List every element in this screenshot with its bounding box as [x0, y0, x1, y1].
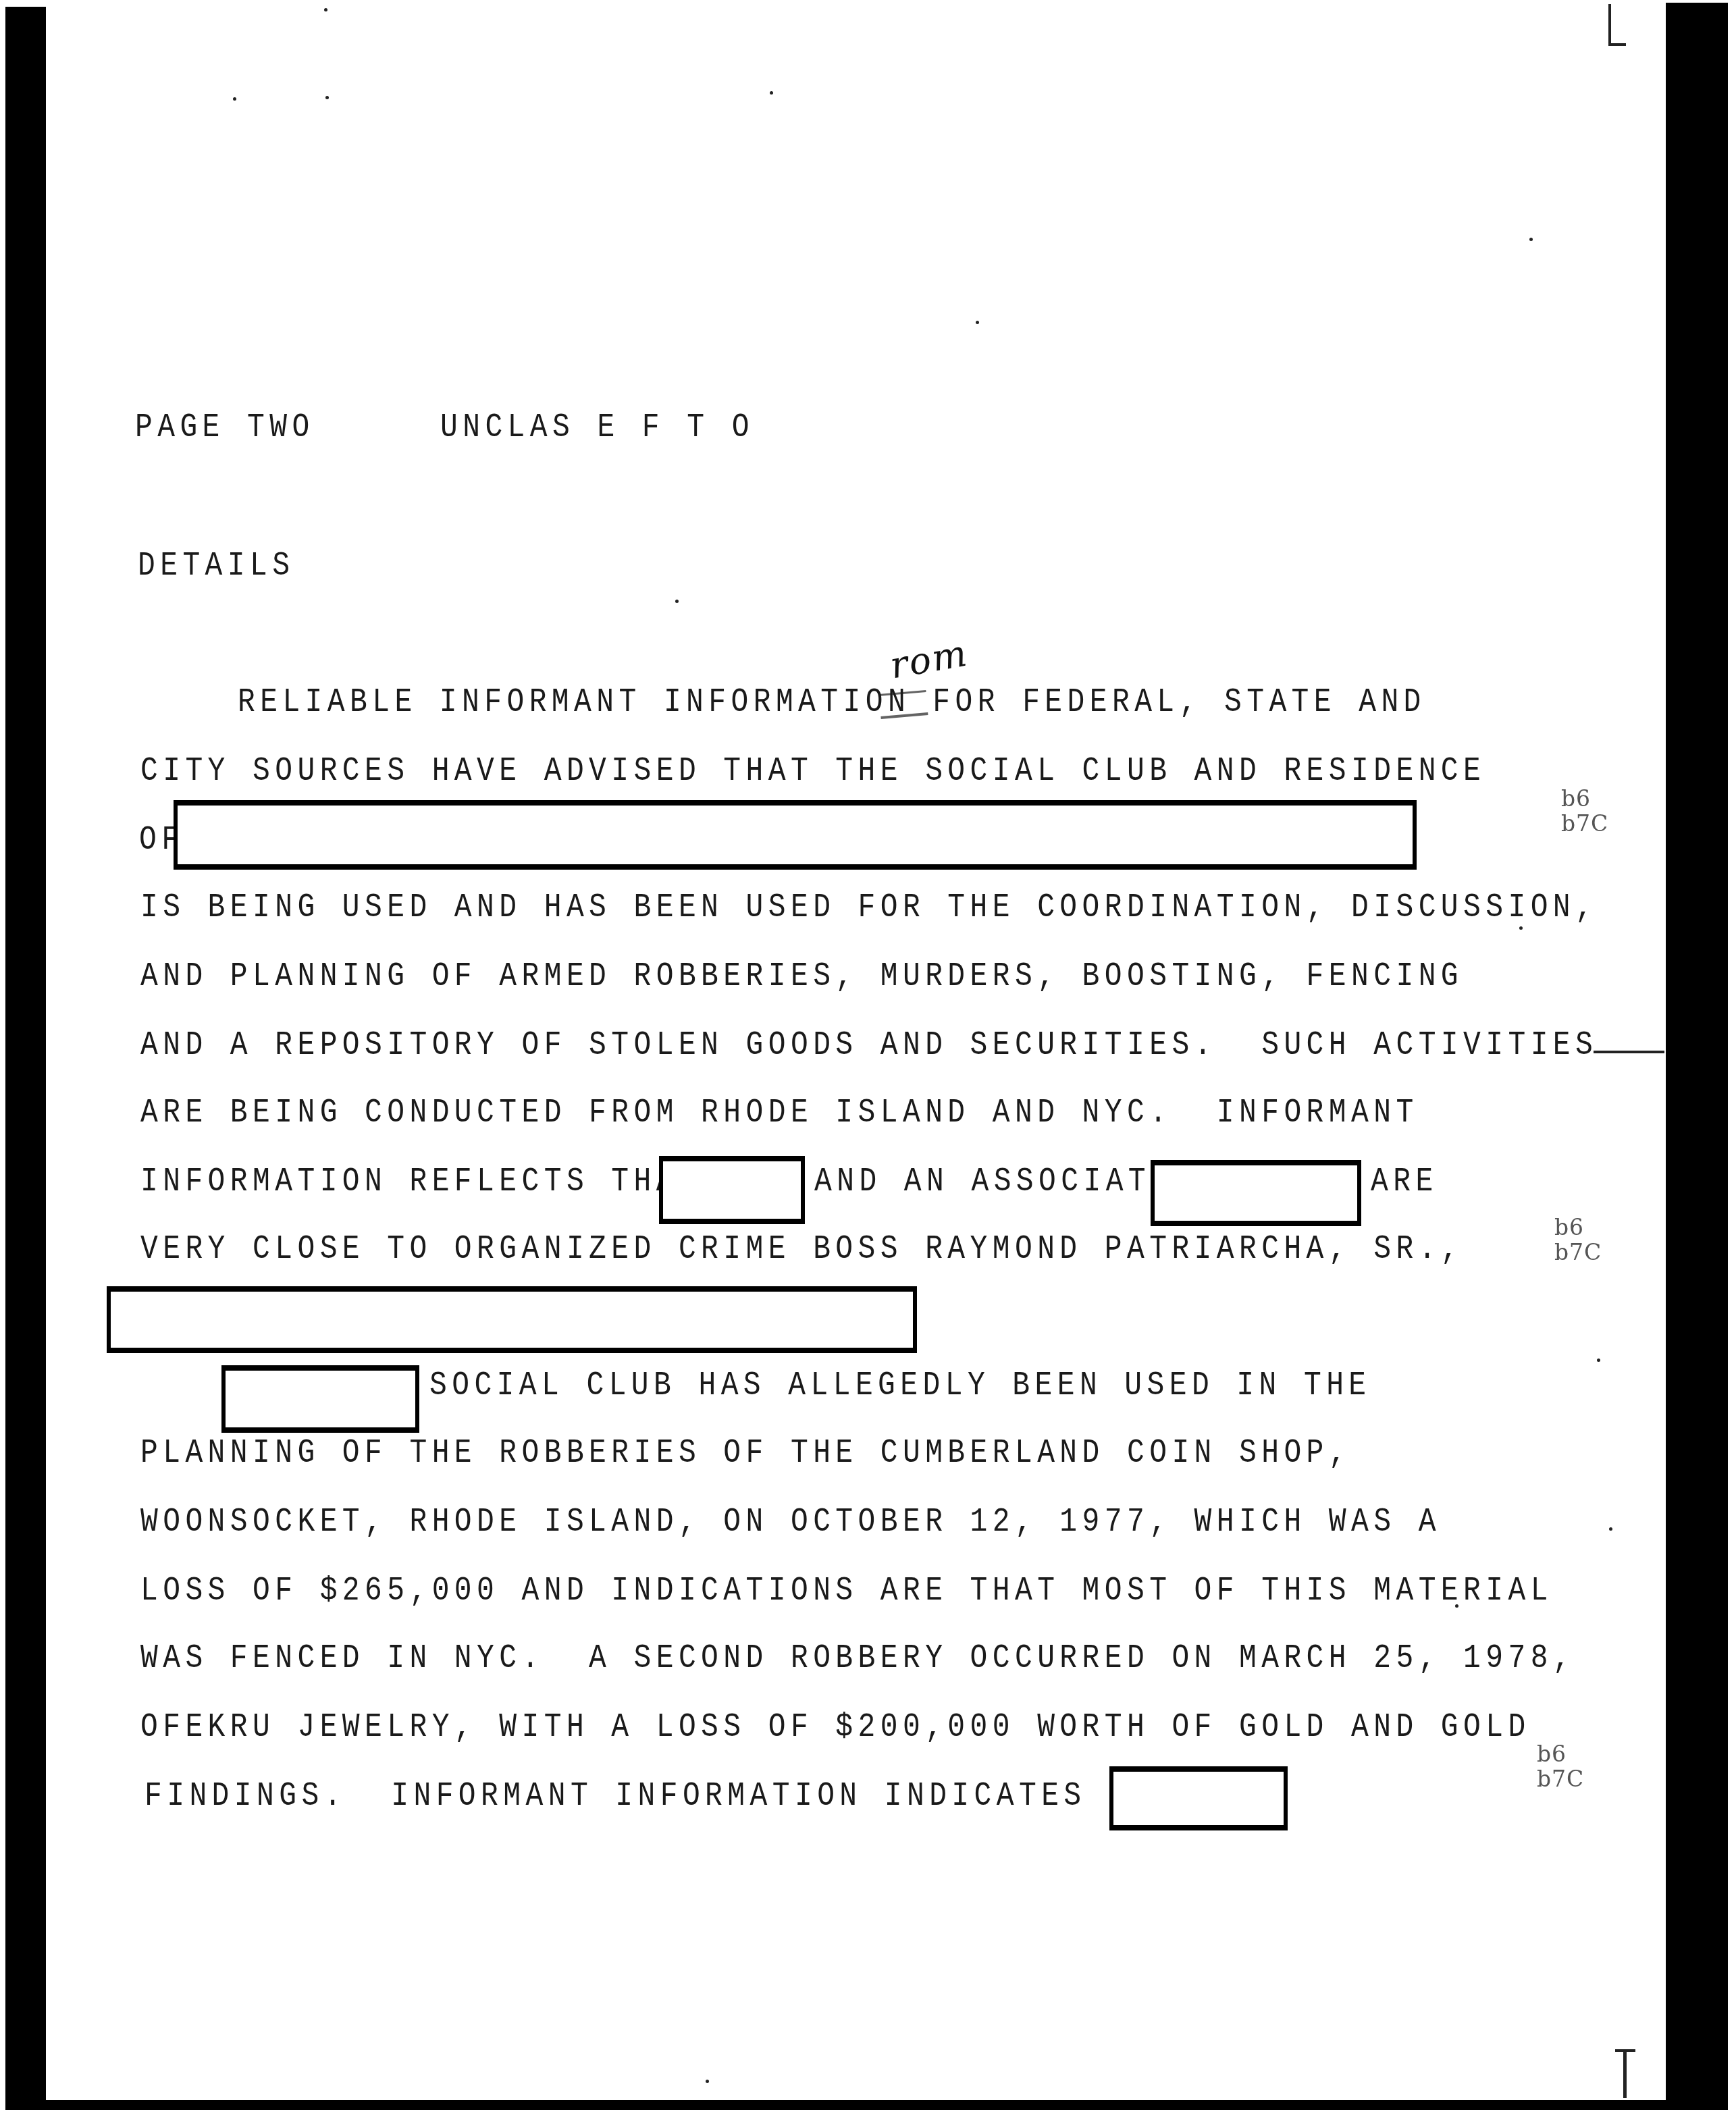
handwritten-correction: rom [887, 631, 971, 687]
exemption-code-b7c: b7C [1537, 1767, 1584, 1792]
scan-speck [1609, 1527, 1612, 1531]
body-line: OFEKRU JEWELRY, WITH A LOSS OF $200,000 … [140, 1710, 1531, 1744]
body-line: INFORMATION REFLECTS THAT [140, 1164, 701, 1198]
scan-speck [1597, 1359, 1600, 1362]
classification-marking: UNCLAS E F T O [440, 410, 754, 444]
scan-speck [325, 96, 329, 99]
exemption-code-b7c: b7C [1561, 812, 1608, 837]
scan-border-bottom [5, 2100, 1728, 2110]
scan-speck [233, 97, 236, 101]
body-line: CITY SOURCES HAVE ADVISED THAT THE SOCIA… [140, 754, 1485, 788]
redaction-box [1109, 1766, 1288, 1830]
exemption-code-b6: b6 [1537, 1742, 1584, 1767]
exemption-code-b7c: b7C [1554, 1240, 1602, 1265]
redaction-box [107, 1286, 917, 1353]
redaction-box [659, 1156, 805, 1224]
body-line: IS BEING USED AND HAS BEEN USED FOR THE … [140, 890, 1598, 924]
redaction-box [174, 800, 1417, 870]
section-title: DETAILS [138, 548, 294, 583]
corner-crop-mark [1608, 4, 1611, 46]
exemption-marker: b6 b7C [1554, 1215, 1602, 1265]
scan-speck [324, 8, 327, 11]
scan-speck [976, 321, 979, 324]
body-line: SOCIAL CLUB HAS ALLEGEDLY BEEN USED IN T… [429, 1368, 1371, 1402]
exemption-marker: b6 b7C [1537, 1742, 1584, 1792]
redaction-box [1151, 1160, 1361, 1226]
body-line: LOSS OF $265,000 AND INDICATIONS ARE THA… [140, 1573, 1553, 1608]
body-line: WAS FENCED IN NYC. A SECOND ROBBERY OCCU… [140, 1641, 1575, 1675]
body-line: FINDINGS. INFORMANT INFORMATION INDICATE… [144, 1778, 1199, 1813]
scan-speck [706, 2080, 709, 2083]
body-line: RELIABLE INFORMANT INFORMATION FOR FEDER… [238, 685, 1426, 719]
exemption-marker: b6 b7C [1561, 787, 1608, 837]
scan-border-left [5, 7, 46, 2110]
body-line: VERY CLOSE TO ORGANIZED CRIME BOSS RAYMO… [140, 1232, 1463, 1266]
body-line: AND A REPOSITORY OF STOLEN GOODS AND SEC… [140, 1028, 1598, 1062]
margin-dash-mark [1594, 1051, 1664, 1053]
body-line: PLANNING OF THE ROBBERIES OF THE CUMBERL… [140, 1435, 1351, 1470]
body-line: ARE [1371, 1164, 1438, 1198]
exemption-code-b6: b6 [1554, 1215, 1602, 1240]
scan-speck [1519, 926, 1523, 930]
corner-crop-mark-bottom [1615, 2049, 1635, 2052]
redaction-box [221, 1365, 419, 1433]
scan-speck [1529, 238, 1533, 241]
body-line: AND PLANNING OF ARMED ROBBERIES, MURDERS… [140, 959, 1463, 993]
scanned-document-page: PAGE TWO UNCLAS E F T O DETAILS rom RELI… [0, 0, 1736, 2110]
page-label: PAGE TWO [135, 410, 315, 444]
scan-border-right [1666, 3, 1728, 2110]
scan-speck [770, 91, 773, 95]
body-line: ARE BEING CONDUCTED FROM RHODE ISLAND AN… [140, 1095, 1419, 1130]
body-line: AND AN ASSOCIATE [814, 1164, 1173, 1198]
exemption-code-b6: b6 [1561, 787, 1608, 812]
body-line: WOONSOCKET, RHODE ISLAND, ON OCTOBER 12,… [140, 1504, 1441, 1539]
scan-speck [675, 600, 679, 603]
